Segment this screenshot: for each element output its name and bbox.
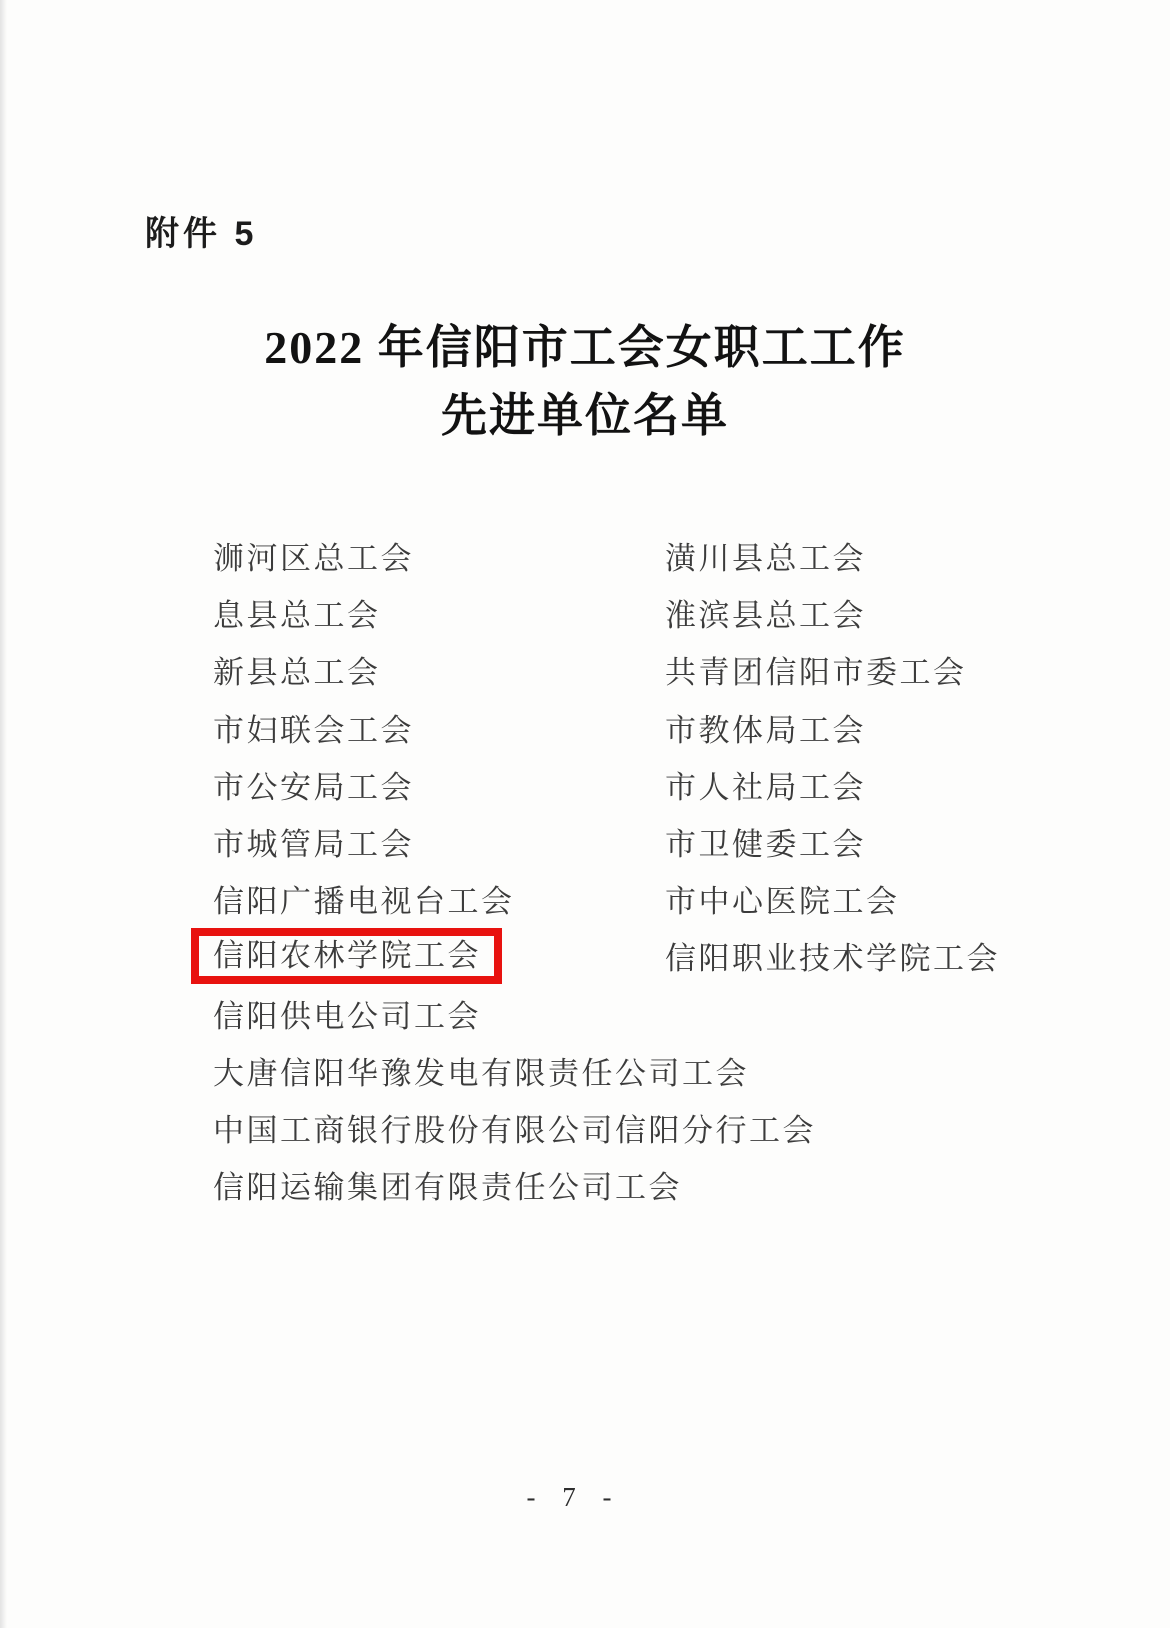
unit-name-right-column: 市卫健委工会	[665, 819, 1170, 864]
unit-name-left-column: 信阳运输集团有限责任公司工会	[213, 1162, 665, 1207]
unit-name-left-column: 市公安局工会	[213, 762, 665, 807]
unit-name: 信阳广播电视台工会	[213, 876, 515, 921]
unit-list-row: 信阳广播电视台工会 市中心医院工会	[213, 870, 1170, 927]
unit-name: 市妇联会工会	[213, 705, 414, 750]
unit-name: 新县总工会	[213, 647, 381, 692]
attachment-label: 附件 5	[145, 206, 257, 255]
unit-list-row: 信阳供电公司工会	[213, 985, 1170, 1042]
unit-name-right-column: 市教体局工会	[665, 705, 1170, 750]
unit-list-row: 信阳运输集团有限责任公司工会	[213, 1156, 1170, 1213]
unit-name-left-column: 息县总工会	[213, 590, 665, 635]
unit-list-row: 市公安局工会 市人社局工会	[213, 756, 1170, 813]
unit-list-row: 息县总工会 淮滨县总工会	[213, 584, 1170, 641]
document-title-line2: 先进单位名单	[0, 382, 1170, 450]
unit-name-left-column: 市城管局工会	[213, 819, 665, 864]
unit-list-row: 市妇联会工会 市教体局工会	[213, 699, 1170, 756]
unit-name-right-column: 淮滨县总工会	[665, 590, 1170, 635]
unit-name-right-column: 市中心医院工会	[665, 876, 1170, 921]
unit-name: 中国工商银行股份有限公司信阳分行工会	[213, 1105, 816, 1150]
unit-name-left-column: 大唐信阳华豫发电有限责任公司工会	[213, 1048, 665, 1093]
unit-name: 信阳运输集团有限责任公司工会	[213, 1162, 682, 1207]
unit-list-row: 新县总工会 共青团信阳市委工会	[213, 641, 1170, 698]
unit-list: 浉河区总工会 潢川县总工会 息县总工会 淮滨县总工会 新县总工会 共青团信阳市委…	[213, 527, 1170, 1213]
scan-edge-shadow	[0, 0, 7, 1628]
unit-name-left-column: 浉河区总工会	[213, 533, 665, 578]
unit-name-right-column: 潢川县总工会	[665, 533, 1170, 578]
unit-name: 浉河区总工会	[213, 533, 414, 578]
unit-list-row: 大唐信阳华豫发电有限责任公司工会	[213, 1042, 1170, 1099]
unit-list-row: 市城管局工会 市卫健委工会	[213, 813, 1170, 870]
unit-name-left-column: 中国工商银行股份有限公司信阳分行工会	[213, 1105, 665, 1150]
unit-name-left-column: 信阳农林学院工会	[213, 928, 665, 984]
unit-list-row: 中国工商银行股份有限公司信阳分行工会	[213, 1099, 1170, 1156]
document-title: 2022 年信阳市工会女职工工作 先进单位名单	[0, 314, 1170, 450]
unit-name-left-column: 新县总工会	[213, 647, 665, 692]
document-title-line1: 2022 年信阳市工会女职工工作	[0, 314, 1170, 382]
scanned-document-page: 附件 5 2022 年信阳市工会女职工工作 先进单位名单 浉河区总工会 潢川县总…	[0, 0, 1170, 1628]
unit-name-right-column: 共青团信阳市委工会	[665, 647, 1170, 692]
unit-name: 市公安局工会	[213, 762, 414, 807]
page-number: - 7 -	[0, 1482, 1170, 1513]
unit-name: 信阳供电公司工会	[213, 991, 481, 1036]
unit-list-row: 浉河区总工会 潢川县总工会	[213, 527, 1170, 584]
unit-name-right-column: 市人社局工会	[665, 762, 1170, 807]
unit-name: 息县总工会	[213, 590, 381, 635]
unit-name-highlighted: 信阳农林学院工会	[191, 928, 502, 984]
unit-name: 大唐信阳华豫发电有限责任公司工会	[213, 1048, 749, 1093]
unit-list-row: 信阳农林学院工会 信阳职业技术学院工会	[213, 927, 1170, 984]
unit-name-left-column: 信阳供电公司工会	[213, 991, 665, 1036]
unit-name-left-column: 市妇联会工会	[213, 705, 665, 750]
unit-name-right-column: 信阳职业技术学院工会	[665, 933, 1170, 978]
unit-name: 市城管局工会	[213, 819, 414, 864]
unit-name-left-column: 信阳广播电视台工会	[213, 876, 665, 921]
